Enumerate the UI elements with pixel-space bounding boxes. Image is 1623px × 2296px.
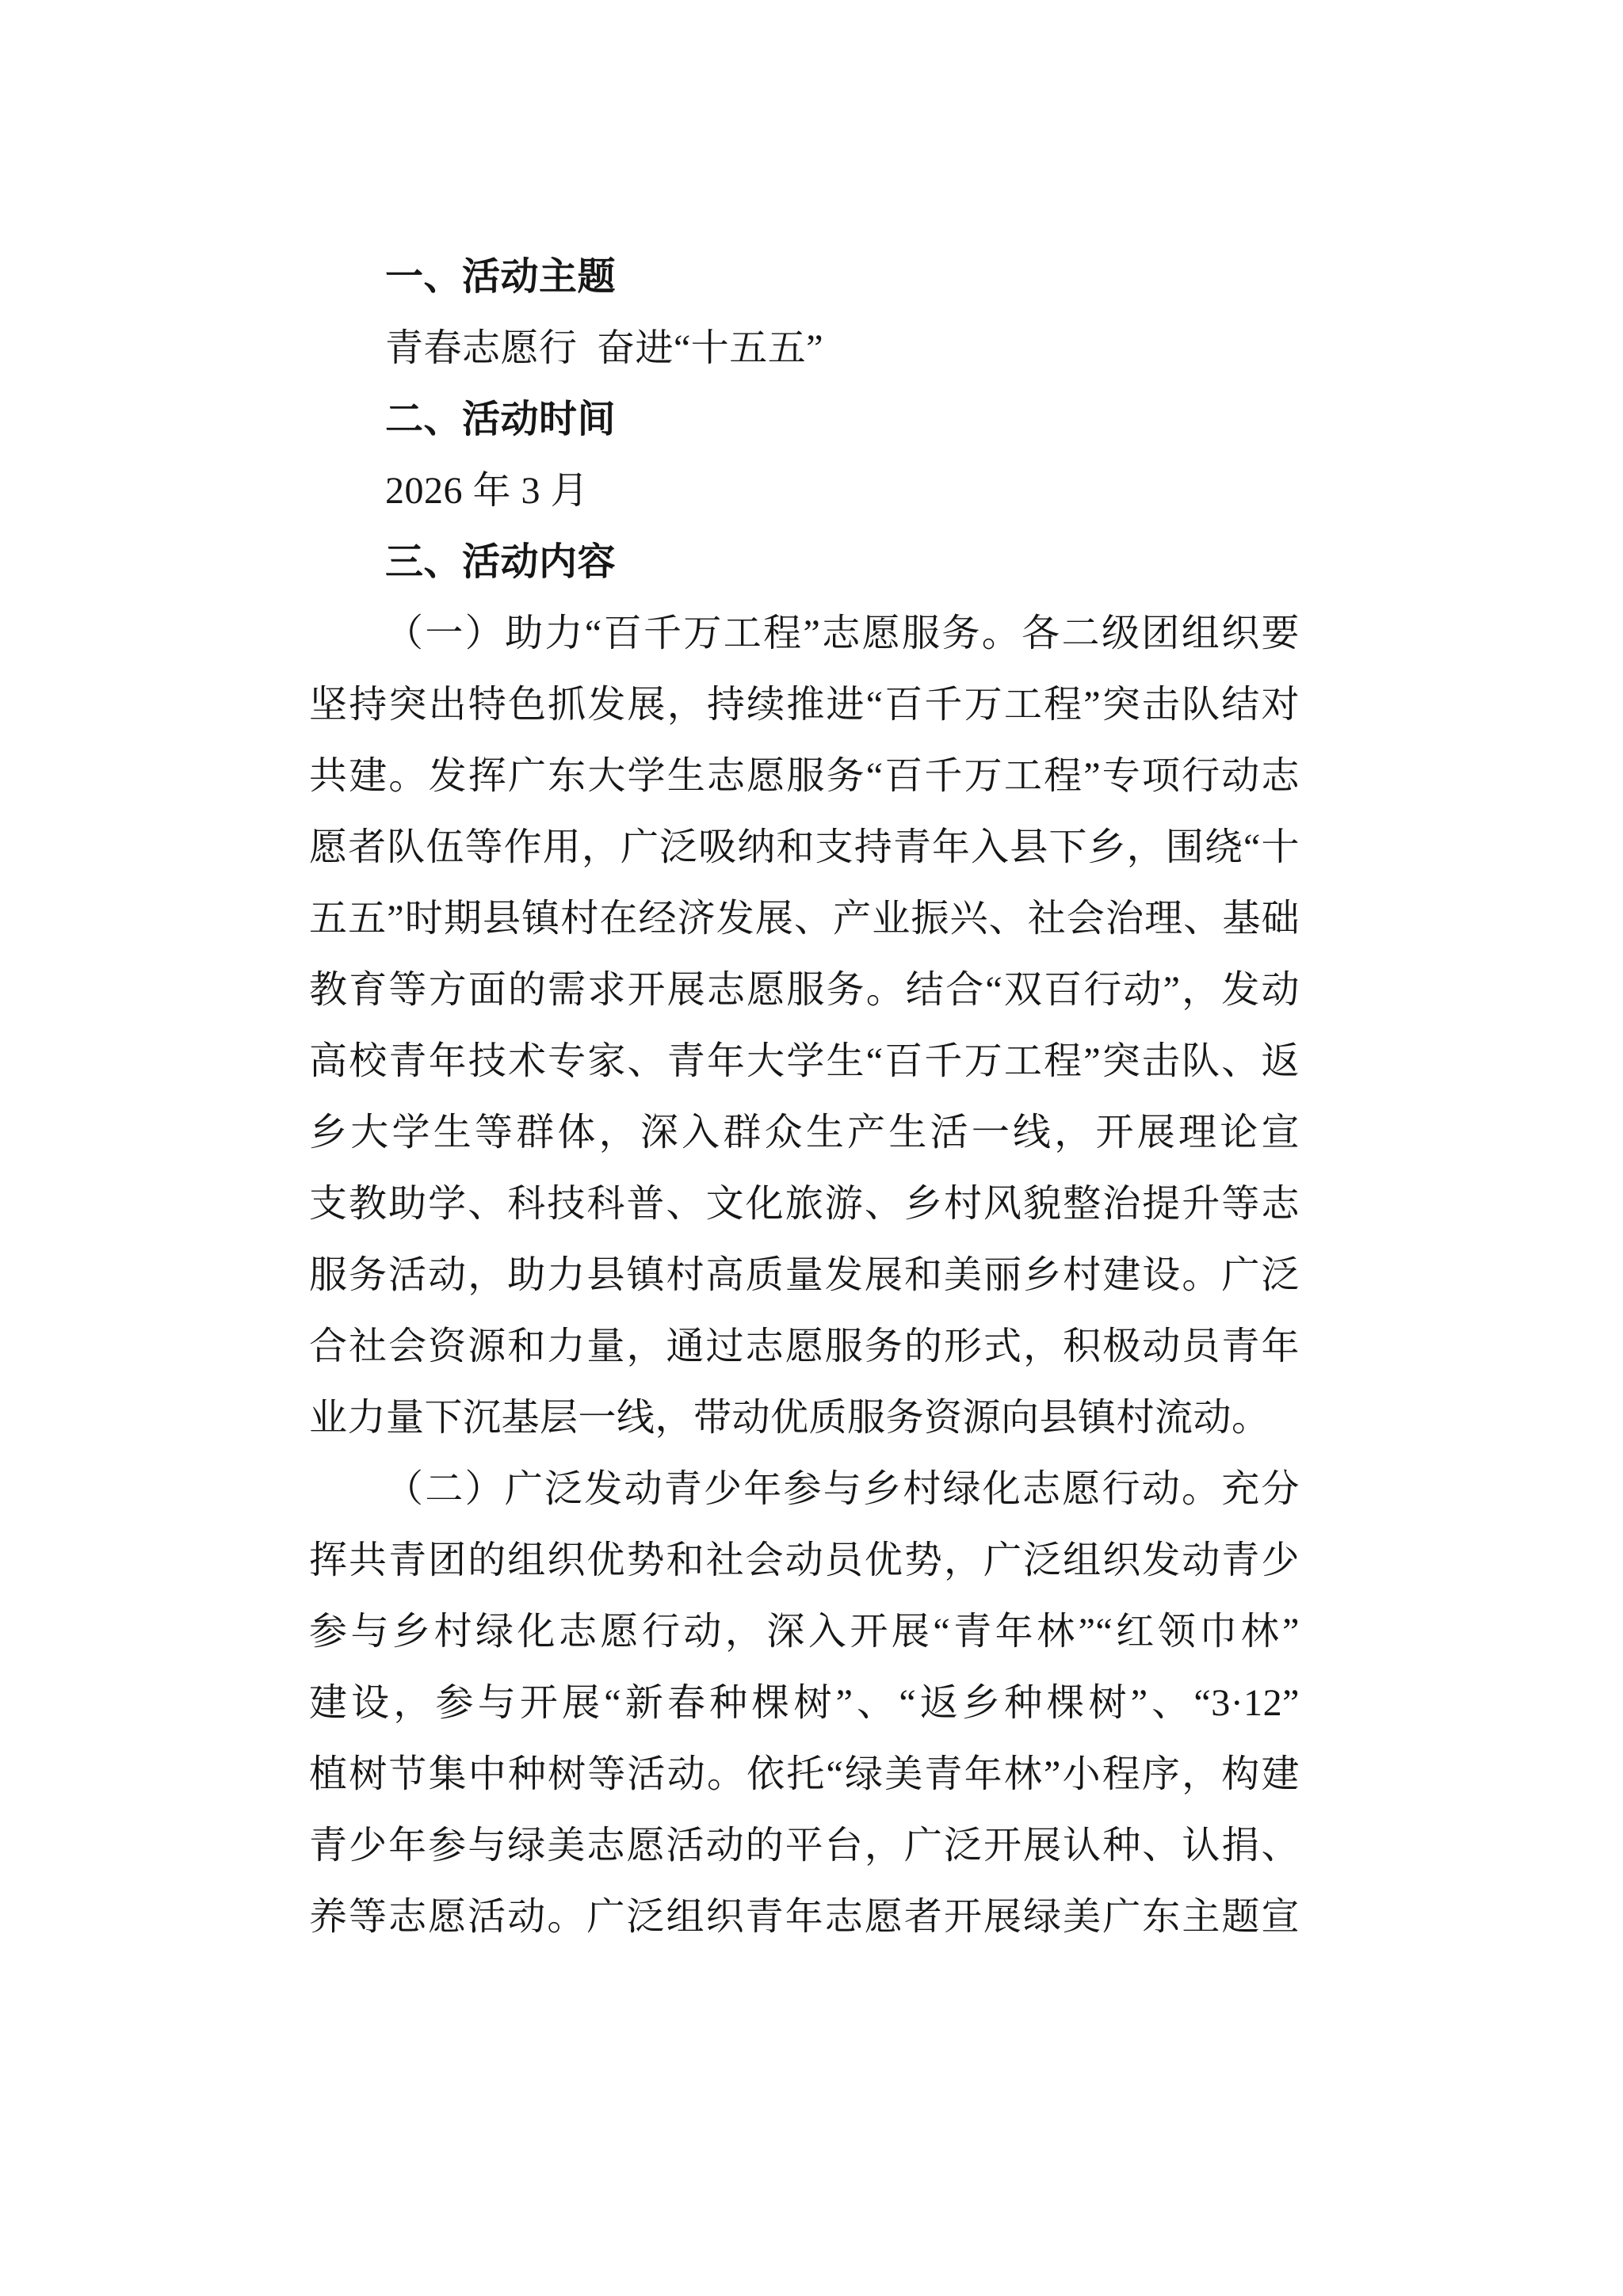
document-page: 一、活动主题青春志愿行 奋进“十五五”二、活动时间2026 年 3 月三、活动内… [0, 0, 1623, 2296]
text-line: 2026 年 3 月 [309, 456, 1300, 527]
text-line: 青少年参与绿美志愿活动的平台，广泛开展认种、认捐、认 [309, 1810, 1300, 1882]
text-line: 教育等方面的需求开展志愿服务。结合“双百行动”，发动 [309, 955, 1300, 1026]
text-line: 共建。发挥广东大学生志愿服务“百千万工程”专项行动志 [309, 741, 1300, 812]
text-line: （二）广泛发动青少年参与乡村绿化志愿行动。充分发 [309, 1454, 1300, 1525]
text-line: 五五”时期县镇村在经济发展、产业振兴、社会治理、基础 [309, 883, 1300, 955]
text-line: 建设，参与开展“新春种棵树”、“返乡种棵树”、“3·12” [309, 1668, 1300, 1739]
text-line: 高校青年技术专家、青年大学生“百千万工程”突击队、返 [309, 1026, 1300, 1097]
text-line: 支教助学、科技科普、文化旅游、乡村风貌整治提升等志愿 [309, 1169, 1300, 1240]
text-line: （一）助力“百千万工程”志愿服务。各二级团组织要 [309, 598, 1300, 669]
text-line: 挥共青团的组织优势和社会动员优势，广泛组织发动青少年 [309, 1525, 1300, 1596]
text-line: 愿者队伍等作用，广泛吸纳和支持青年入县下乡，围绕“十 [309, 812, 1300, 883]
text-line: 养等志愿活动。广泛组织青年志愿者开展绿美广东主题宣传、 [309, 1882, 1300, 1953]
text-line: 青春志愿行 奋进“十五五” [309, 313, 1300, 384]
heading-line: 三、活动内容 [309, 527, 1300, 598]
text-line: 合社会资源和力量，通过志愿服务的形式，积极动员青年专 [309, 1311, 1300, 1383]
document-body: 一、活动主题青春志愿行 奋进“十五五”二、活动时间2026 年 3 月三、活动内… [309, 242, 1300, 1953]
text-line: 植树节集中种树等活动。依托“绿美青年林”小程序，构建 [309, 1739, 1300, 1810]
heading-line: 二、活动时间 [309, 384, 1300, 456]
heading-line: 一、活动主题 [309, 242, 1300, 313]
text-line: 参与乡村绿化志愿行动，深入开展“青年林”“红领巾林” [309, 1596, 1300, 1668]
text-line: 坚持突出特色抓发展，持续推进“百千万工程”突击队结对 [309, 669, 1300, 741]
text-line: 业力量下沉基层一线，带动优质服务资源向县镇村流动。 [309, 1383, 1300, 1454]
text-line: 乡大学生等群体，深入群众生产生活一线，开展理论宣讲、 [309, 1097, 1300, 1169]
text-line: 服务活动，助力县镇村高质量发展和美丽乡村建设。广泛整 [309, 1240, 1300, 1311]
